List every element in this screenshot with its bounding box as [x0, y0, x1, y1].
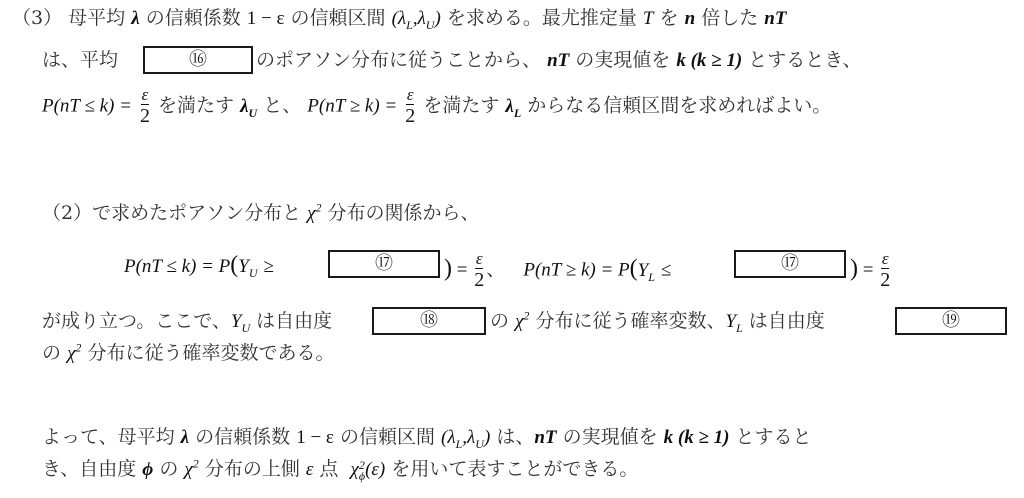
math-nT: nT [547, 50, 569, 71]
math-prob-ge: P(nT ≥ k) = [307, 96, 397, 117]
relation-equation-mid: )) = = ε2、 P(nT ≥ k) = P(YL ≤ [444, 250, 671, 291]
relation-intro: （2）で求めたポアソン分布と χ2 分布の関係から、 [42, 198, 480, 229]
relation-conclusion1: が成り立つ。ここで、YU は自由度 [42, 306, 332, 337]
final-line1: よって、母平均 λ の信頼係数 1 − ε の信頼区間 (λL,λU) は、nT… [42, 422, 812, 453]
math-chi-squared: χ2 [184, 459, 198, 480]
math-T: T [643, 8, 654, 29]
answer-blank-17a[interactable]: ⑰ [328, 250, 440, 278]
math-chi-squared: χ2 [307, 203, 321, 224]
relation-equation-right: ) = ε2 [850, 250, 892, 291]
math-Y-L: YL [725, 311, 742, 332]
section-label: （3） [12, 7, 62, 29]
answer-blank-19[interactable]: ⑲ [895, 307, 1007, 335]
section3-line2-rest: のポアソン分布に従うことから、 nT の実現値を k (k ≥ 1) とするとき… [256, 45, 862, 76]
relation-conclusion2: の χ2 分布に従う確率変数である。 [42, 338, 334, 369]
math-lambda: λ [131, 8, 139, 29]
relation-conclusion1-rest: の χ2 分布に従う確率変数、YL は自由度 [490, 306, 825, 337]
math-Y-U: YU [231, 311, 250, 332]
math-lambda-U: λU [240, 96, 257, 117]
fraction-eps-over-2: ε2 [140, 86, 150, 127]
final-line2: き、自由度 ϕ の χ2 分布の上側 ε 点 χ2ϕ(ε) を用いて表すことがで… [42, 454, 638, 485]
math-lambda-L: λL [505, 96, 521, 117]
math-chi-squared: χ2 [515, 311, 529, 332]
fraction-eps-over-2: ε2 [880, 250, 890, 291]
answer-blank-17b[interactable]: ⑰ [734, 250, 846, 278]
section3-line3: P(nT ≤ k) = ε2 を満たす λU と、 P(nT ≥ k) = ε2… [42, 86, 831, 127]
section3-line1: （3） 母平均 λ の信頼係数 1 − ε の信頼区間 (λL,λU) を求める… [12, 3, 786, 34]
answer-blank-16[interactable]: ⑯ [143, 46, 253, 74]
math-one-minus-eps: 1 − ε [247, 8, 285, 29]
math-n: n [685, 8, 696, 29]
answer-blank-18[interactable]: ⑱ [372, 307, 486, 335]
relation-equation-left: P(nT ≤ k) = P(YU ≥ [124, 250, 274, 282]
math-interval: (λL,λU) [441, 427, 490, 448]
math-interval: (λL,λU) [392, 8, 441, 29]
math-chi-squared-phi-eps: χ2ϕ(ε) [351, 459, 386, 480]
math-nT: nT [764, 8, 786, 29]
math-chi-squared: χ2 [67, 343, 81, 364]
fraction-eps-over-2: ε2 [405, 86, 415, 127]
fraction-eps-over-2: ε2 [474, 250, 484, 291]
math-k-condition: k (k ≥ 1) [676, 50, 742, 71]
math-prob-le: P(nT ≤ k) = [42, 96, 132, 117]
